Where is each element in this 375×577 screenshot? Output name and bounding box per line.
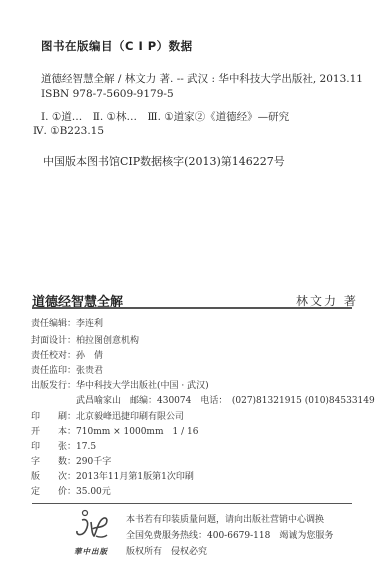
cip-classification-1: Ⅰ. ①道… Ⅱ. ①林… Ⅲ. ①道家②《道德经》—研究: [41, 109, 289, 124]
spec-edition: 版 次：2013年11月第1版第1次印刷: [31, 469, 194, 482]
credit-cover-design: 封面设计：柏拉图创意机构: [31, 333, 139, 346]
spec-word-count: 字 数：290千字: [31, 454, 111, 467]
spec-format: 开 本：710mm × 1000mm 1 / 16: [31, 424, 198, 437]
spec-printer: 印 刷：北京毅峰迅捷印刷有限公司: [31, 409, 184, 422]
title-divider: [32, 307, 352, 309]
credit-proofreader: 责任校对：孙 倩: [31, 348, 103, 361]
publisher-address: 武昌喻家山 邮编：430074 电话： (027)81321915 (010)8…: [76, 393, 375, 406]
cip-classification-2: Ⅳ. ①B223.15: [33, 125, 104, 137]
footer-quality-notice: 本书若有印装质量问题，请向出版社营销中心调换: [126, 512, 324, 525]
cip-bibliographic-line: 道德经智慧全解 / 林文力 著. -- 武汉 : 华中科技大学出版社, 2013…: [41, 71, 363, 86]
spec-sheets: 印 张：17.5: [31, 439, 96, 452]
spec-price: 定 价：35.00元: [31, 484, 111, 497]
credit-publisher: 出版发行：华中科技大学出版社(中国 · 武汉): [31, 378, 209, 391]
credit-editor: 责任编辑：李连利: [31, 316, 103, 329]
cip-isbn: ISBN 978-7-5609-9179-5: [41, 88, 174, 100]
footer-copyright: 版权所有 侵权必究: [126, 544, 207, 557]
logo-text: 華中出版: [74, 546, 108, 557]
hust-press-logo-icon: [74, 508, 110, 544]
footer-hotline: 全国免费服务热线：400-6679-118 竭诚为您服务: [126, 528, 333, 541]
publisher-logo: 華中出版: [74, 508, 114, 558]
cip-heading: 图书在版编目（C I P）数据: [41, 38, 193, 54]
cip-record-number: 中国版本图书馆CIP数据核字(2013)第146227号: [43, 153, 285, 169]
credit-print-supervisor: 责任监印：张贵君: [31, 363, 103, 376]
footer-divider: [32, 503, 352, 504]
